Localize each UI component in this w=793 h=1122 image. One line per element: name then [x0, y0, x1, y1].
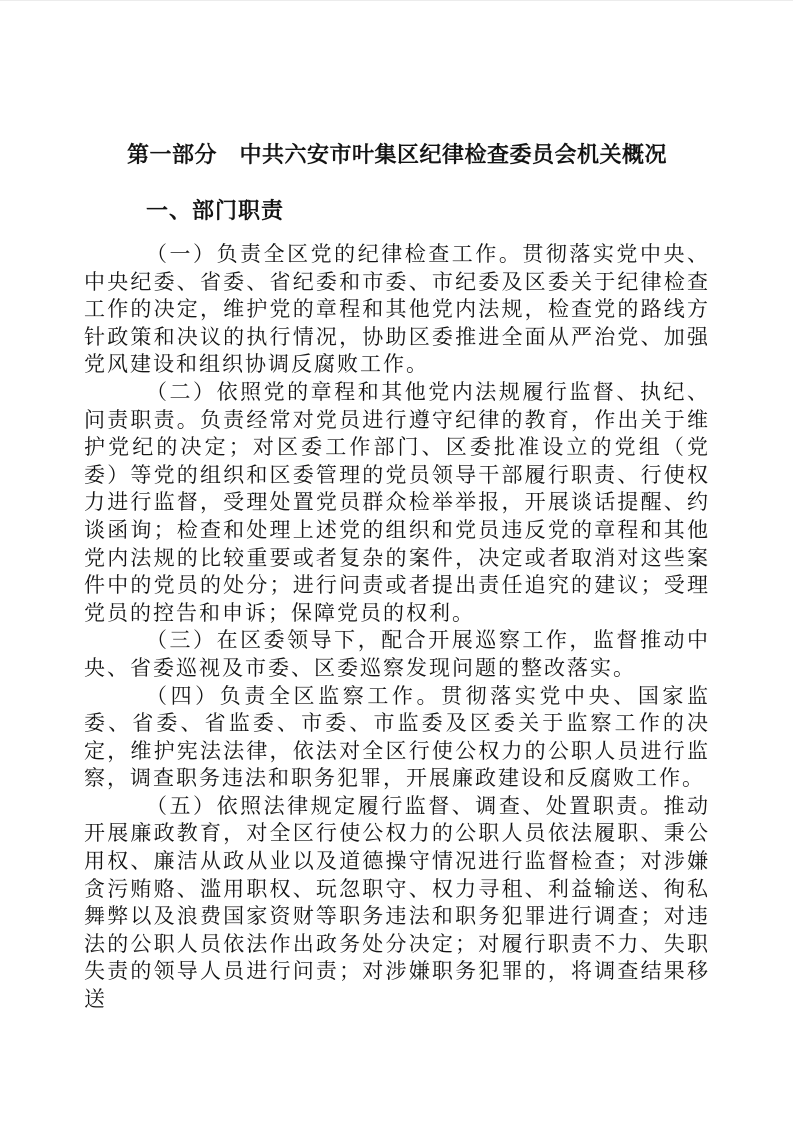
document-title: 第一部分 中共六安市叶集区纪律检查委员会机关概况: [84, 141, 710, 171]
paragraph-duty-3: （三）在区委领导下，配合开展巡察工作，监督推动中央、省委巡视及市委、区委巡察发现…: [84, 627, 710, 682]
document-page: 第一部分 中共六安市叶集区纪律检查委员会机关概况 一、部门职责 （一）负责全区党…: [0, 0, 793, 1122]
paragraph-duty-1: （一）负责全区党的纪律检查工作。贯彻落实党中央、中央纪委、省委、省纪委和市委、市…: [84, 241, 710, 379]
paragraph-duty-5: （五）依照法律规定履行监督、调查、处置职责。推动开展廉政教育，对全区行使公权力的…: [84, 793, 710, 1014]
section-heading: 一、部门职责: [84, 199, 710, 225]
paragraph-duty-4: （四）负责全区监察工作。贯彻落实党中央、国家监委、省委、省监委、市委、市监委及区…: [84, 683, 710, 793]
paragraph-duty-2: （二）依照党的章程和其他党内法规履行监督、执纪、问责职责。负责经常对党员进行遵守…: [84, 379, 710, 627]
document-body: （一）负责全区党的纪律检查工作。贯彻落实党中央、中央纪委、省委、省纪委和市委、市…: [84, 241, 710, 1014]
